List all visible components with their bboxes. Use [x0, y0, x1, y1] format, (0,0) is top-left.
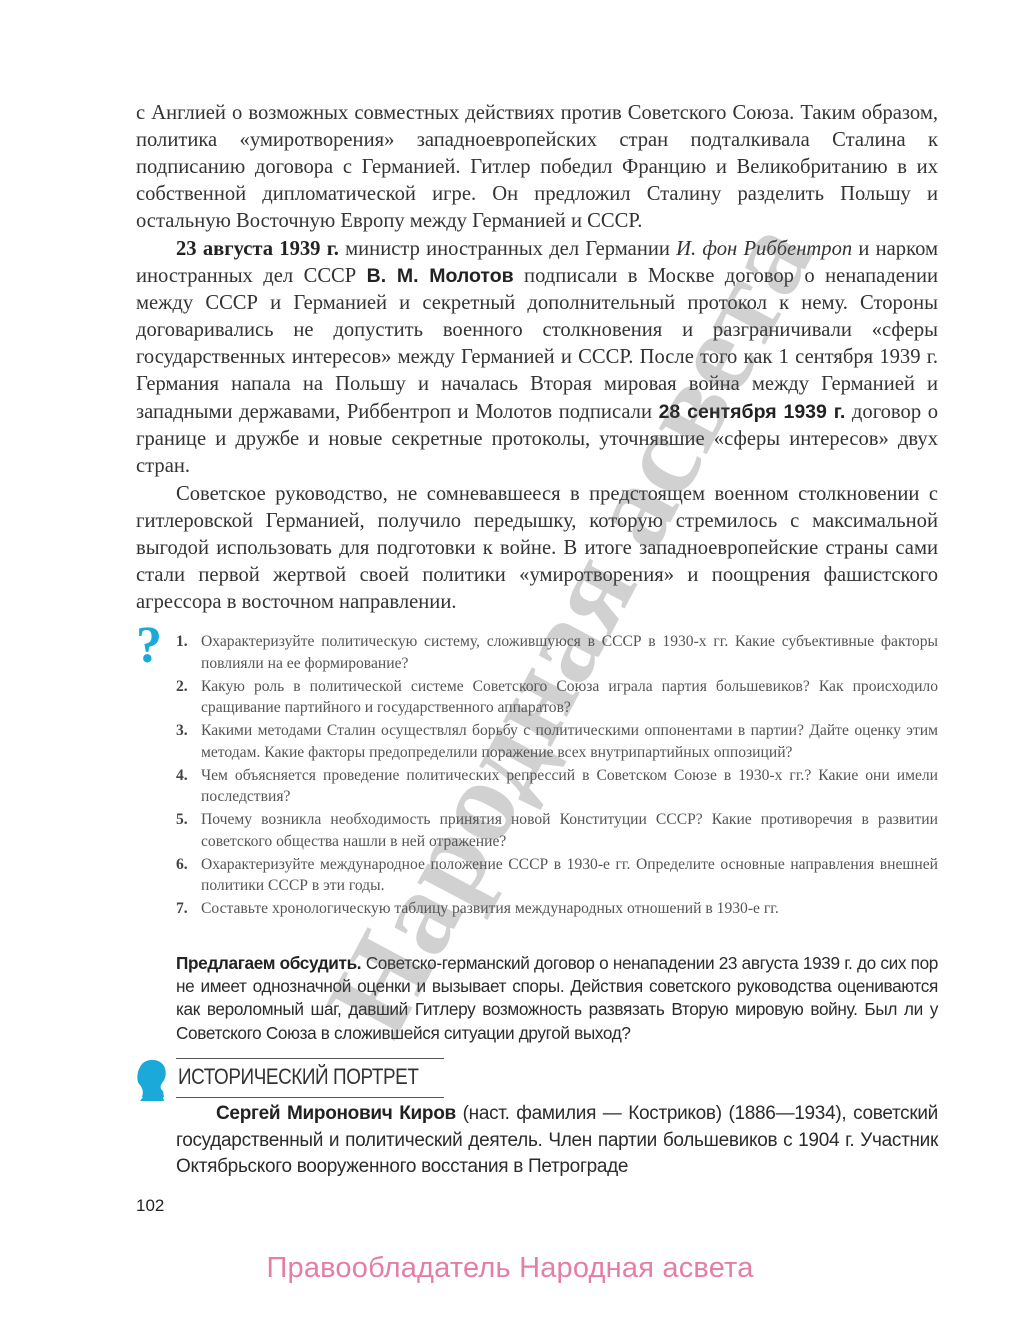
question-text: Какую роль в политической системе Советс…	[201, 678, 938, 717]
question-item: 3.Какими методами Сталин осуществлял бор…	[176, 720, 938, 763]
question-number: 2.	[176, 676, 188, 698]
portrait-text: Сергей Миронович Киров (наст. фамилия — …	[176, 1101, 938, 1181]
question-text: Какими методами Сталин осуществлял борьб…	[201, 722, 938, 761]
question-text: Чем объясняется проведение политических …	[201, 767, 938, 806]
question-item: 1.Охарактеризуйте политическую систему, …	[176, 631, 938, 674]
question-number: 6.	[176, 854, 188, 876]
textbook-page: с Англией о возможных совместных действи…	[0, 0, 1020, 1329]
question-number: 7.	[176, 898, 188, 920]
question-text: Охарактеризуйте международное положение …	[201, 856, 938, 895]
question-item: 4.Чем объясняется проведение политически…	[176, 765, 938, 808]
question-item: 2.Какую роль в политической системе Сове…	[176, 676, 938, 719]
questions-list: 1.Охарактеризуйте политическую систему, …	[176, 631, 938, 921]
paragraph-text: с Англией о возможных совместных действи…	[136, 100, 938, 235]
question-item: 6.Охарактеризуйте международное положени…	[176, 854, 938, 897]
portrait-top-rule	[176, 1058, 444, 1059]
question-number: 5.	[176, 809, 188, 831]
text-span: министр иностранных дел Германии	[339, 238, 676, 260]
discussion-label: Предлагаем обсудить.	[176, 953, 361, 973]
portrait-name: Сергей Миронович Киров	[216, 1103, 456, 1124]
date2-bold: 28 сентября 1939 г.	[659, 401, 846, 423]
question-item: 7.Составьте хронологическую таблицу разв…	[176, 898, 938, 920]
question-number: 3.	[176, 720, 188, 742]
question-number: 1.	[176, 631, 188, 653]
paragraph-england: с Англией о возможных совместных действи…	[136, 100, 938, 235]
date-bold: 23 августа 1939 г.	[176, 238, 339, 260]
footer-rights-holder: Правообладатель Народная асвета	[0, 1252, 1020, 1285]
question-text: Почему возникла необходимость принятия н…	[201, 811, 938, 850]
paragraph-text: 23 августа 1939 г. министр иностранных д…	[136, 236, 938, 480]
question-text: Составьте хронологическую таблицу развит…	[201, 900, 779, 917]
question-text: Охарактеризуйте политическую систему, сл…	[201, 633, 938, 672]
question-mark-icon: ?	[136, 620, 162, 672]
paragraph-text: Советское руководство, не сомневавшееся …	[136, 481, 938, 616]
paragraph-soviet-leadership: Советское руководство, не сомневавшееся …	[136, 481, 938, 616]
name-bold: В. М. Молотов	[367, 265, 514, 287]
portrait-title: ИСТОРИЧЕСКИЙ ПОРТРЕТ	[178, 1064, 418, 1090]
question-number: 4.	[176, 765, 188, 787]
head-silhouette-icon	[134, 1057, 168, 1103]
question-item: 5.Почему возникла необходимость принятия…	[176, 809, 938, 852]
name-italic: И. фон Риббентроп	[676, 238, 852, 260]
portrait-bottom-rule	[176, 1097, 444, 1098]
page-number: 102	[136, 1196, 164, 1216]
paragraph-pact: 23 августа 1939 г. министр иностранных д…	[136, 236, 938, 480]
discussion-block: Предлагаем обсудить. Советско-германский…	[176, 952, 938, 1045]
text-span: подписали в Москве договор о ненападении…	[136, 265, 938, 422]
